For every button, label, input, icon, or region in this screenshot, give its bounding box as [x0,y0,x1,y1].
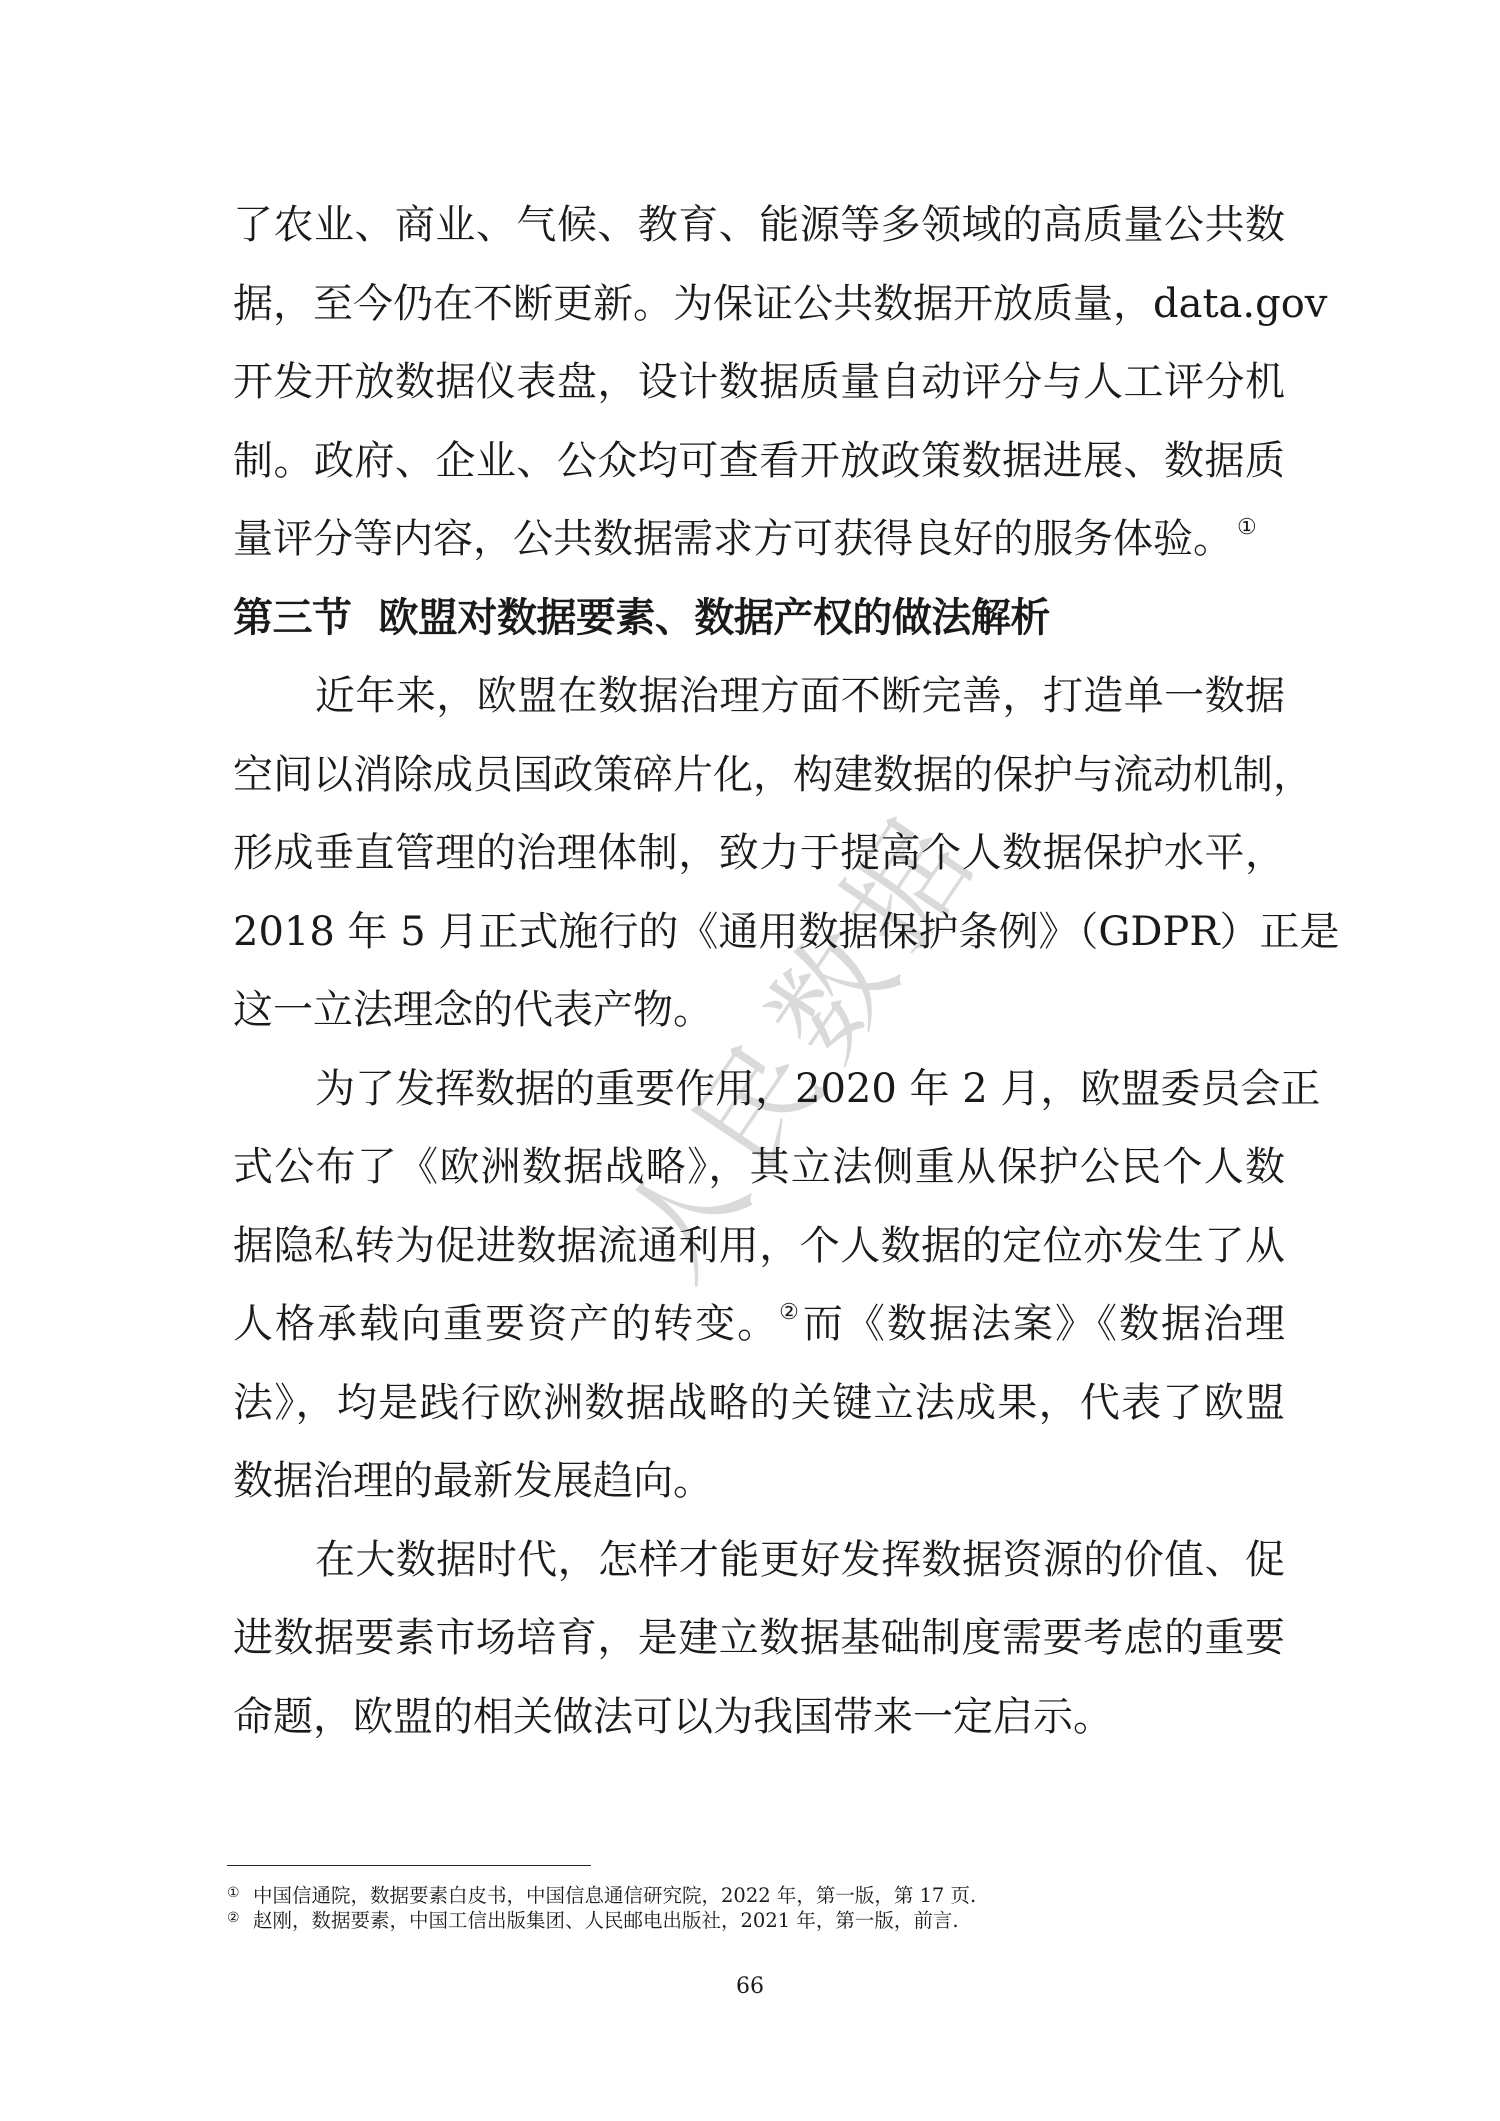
text-line: 据隐私转为促进数据流通利用，个人数据的定位亦发生了从 [233,1217,1285,1296]
text-line-content: 量评分等内容，公共数据需求方可获得良好的服务体验。 [233,516,1233,562]
page-number: 66 [0,1972,1500,2002]
footnote-ref-2[interactable]: ② [779,1300,801,1325]
footnote-text: 赵刚，数据要素，中国工信出版集团、人民邮电出版社，2021 年，第一版，前言. [253,1909,959,1932]
footnote-mark: ② [227,1906,253,1931]
text-line: 这一立法理念的代表产物。 [233,981,1285,1060]
text-line: 近年来，欧盟在数据治理方面不断完善，打造单一数据 [233,667,1285,746]
continuation-paragraph: 了农业、商业、气候、教育、能源等多领域的高质量公共数 据，至今仍在不断更新。为保… [233,196,1285,589]
paragraph-3: 在大数据时代，怎样才能更好发挥数据资源的价值、促 进数据要素市场培育，是建立数据… [233,1531,1285,1767]
text-line: 据，至今仍在不断更新。为保证公共数据开放质量，data.gov [233,275,1285,354]
text-line: 数据治理的最新发展趋向。 [233,1452,1285,1531]
text-line: 量评分等内容，公共数据需求方可获得良好的服务体验。① [233,510,1285,589]
text-line-content: 而《数据法案》《数据治理 [803,1301,1285,1347]
text-line-content: 人格承载向重要资产的转变。 [233,1301,779,1347]
text-line: 开发开放数据仪表盘，设计数据质量自动评分与人工评分机 [233,353,1285,432]
text-line: 形成垂直管理的治理体制，致力于提高个人数据保护水平， [233,824,1285,903]
text-line: 空间以消除成员国政策碎片化，构建数据的保护与流动机制， [233,746,1285,825]
footnote-2: ②赵刚，数据要素，中国工信出版集团、人民邮电出版社，2021 年，第一版，前言. [227,1906,1287,1931]
text-line: 为了发挥数据的重要作用，2020 年 2 月，欧盟委员会正 [233,1060,1285,1139]
section-heading: 第三节 欧盟对数据要素、数据产权的做法解析 [233,589,1285,668]
paragraph-2: 为了发挥数据的重要作用，2020 年 2 月，欧盟委员会正 式公布了《欧洲数据战… [233,1060,1285,1531]
text-line: 2018 年 5 月正式施行的《通用数据保护条例》（GDPR）正是 [233,903,1285,982]
body-text: 了农业、商业、气候、教育、能源等多领域的高质量公共数 据，至今仍在不断更新。为保… [233,196,1285,1766]
footnote-1: ①中国信通院，数据要素白皮书，中国信息通信研究院，2022 年，第一版，第 17… [227,1881,1287,1906]
footnote-text: 中国信通院，数据要素白皮书，中国信息通信研究院，2022 年，第一版，第 17 … [253,1884,976,1907]
text-line: 在大数据时代，怎样才能更好发挥数据资源的价值、促 [233,1531,1285,1610]
text-line: 命题，欧盟的相关做法可以为我国带来一定启示。 [233,1688,1285,1767]
text-line: 式公布了《欧洲数据战略》，其立法侧重从保护公民个人数 [233,1138,1285,1217]
paragraph-1: 近年来，欧盟在数据治理方面不断完善，打造单一数据 空间以消除成员国政策碎片化，构… [233,667,1285,1060]
text-line: 进数据要素市场培育，是建立数据基础制度需要考虑的重要 [233,1609,1285,1688]
text-line: 了农业、商业、气候、教育、能源等多领域的高质量公共数 [233,196,1285,275]
document-page: 人民数据 了农业、商业、气候、教育、能源等多领域的高质量公共数 据，至今仍在不断… [0,0,1500,2121]
footnote-mark: ① [227,1881,253,1906]
footnote-divider [227,1865,591,1866]
text-line: 人格承载向重要资产的转变。②而《数据法案》《数据治理 [233,1295,1285,1374]
footnote-ref-1[interactable]: ① [1237,515,1257,540]
text-line: 制。政府、企业、公众均可查看开放政策数据进展、数据质 [233,432,1285,511]
text-line: 法》，均是践行欧洲数据战略的关键立法成果，代表了欧盟 [233,1374,1285,1453]
footnotes: ①中国信通院，数据要素白皮书，中国信息通信研究院，2022 年，第一版，第 17… [227,1881,1287,1931]
